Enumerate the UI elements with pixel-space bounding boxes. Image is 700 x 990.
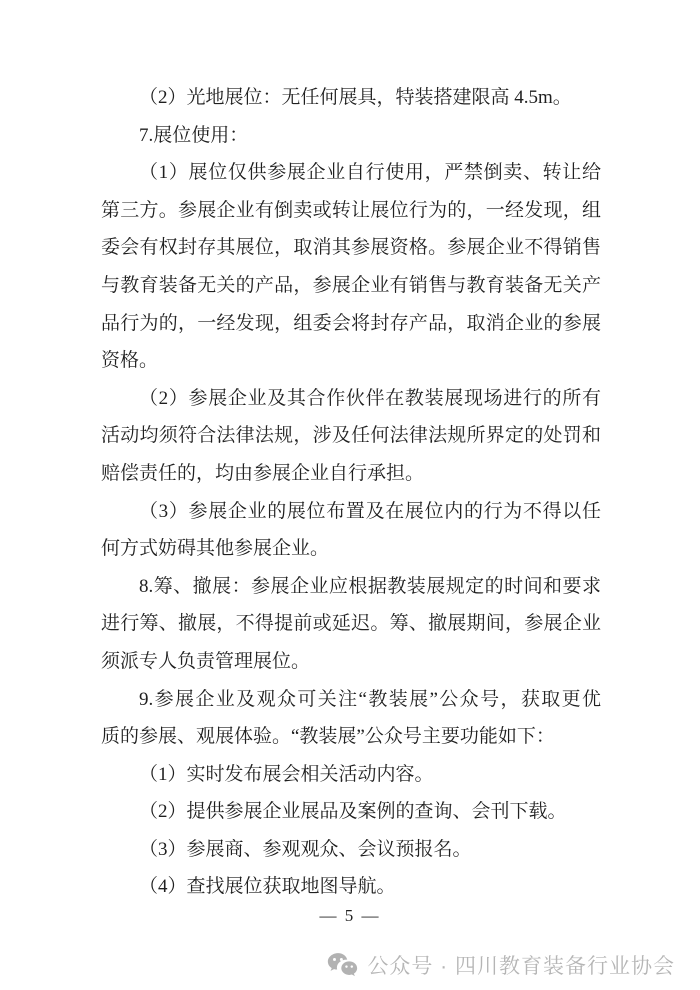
text-line: （2）光地展位：无任何展具，特装搭建限高 4.5m。: [101, 79, 601, 117]
document-body: （2）光地展位：无任何展具，特装搭建限高 4.5m。 7.展位使用： （1）展位…: [101, 79, 601, 906]
watermark-footer: 公众号 · 四川教育装备行业协会: [327, 948, 675, 982]
text-line: （3）参展企业的展位布置及在展位内的行为不得以任: [101, 493, 601, 531]
text-line: 何方式妨碍其他参展企业。: [101, 530, 601, 568]
text-line: 与教育装备无关的产品，参展企业有销售与教育装备无关产: [101, 267, 601, 305]
text-line: （2）参展企业及其合作伙伴在教装展现场进行的所有: [101, 380, 601, 418]
text-line: 质的参展、观展体验。“教装展”公众号主要功能如下：: [101, 718, 601, 756]
text-line: 委会有权封存其展位，取消其参展资格。参展企业不得销售: [101, 229, 601, 267]
text-line: （1）实时发布展会相关活动内容。: [101, 756, 601, 794]
text-line: （2）提供参展企业展品及案例的查询、会刊下载。: [101, 793, 601, 831]
text-line: 9.参展企业及观众可关注“教装展”公众号，获取更优: [101, 681, 601, 719]
text-line: 8.筹、撤展：参展企业应根据教装展规定的时间和要求: [101, 568, 601, 606]
footer-watermark-label: 公众号 · 四川教育装备行业协会: [367, 950, 675, 980]
wechat-icon: [327, 952, 358, 979]
text-line: 进行筹、撤展，不得提前或延迟。筹、撤展期间，参展企业: [101, 605, 601, 643]
page-number: — 5 —: [0, 906, 700, 926]
document-page: （2）光地展位：无任何展具，特装搭建限高 4.5m。 7.展位使用： （1）展位…: [0, 0, 700, 990]
text-line: 资格。: [101, 342, 601, 380]
text-line: 7.展位使用：: [101, 117, 601, 155]
text-line: 活动均须符合法律法规，涉及任何法律法规所界定的处罚和: [101, 417, 601, 455]
text-line: （1）展位仅供参展企业自行使用，严禁倒卖、转让给: [101, 154, 601, 192]
text-line: （3）参展商、参观观众、会议预报名。: [101, 831, 601, 869]
text-line: （4）查找展位获取地图导航。: [101, 868, 601, 906]
text-line: 品行为的，一经发现，组委会将封存产品，取消企业的参展: [101, 305, 601, 343]
text-line: 须派专人负责管理展位。: [101, 643, 601, 681]
text-line: 赔偿责任的，均由参展企业自行承担。: [101, 455, 601, 493]
text-line: 第三方。参展企业有倒卖或转让展位行为的，一经发现，组: [101, 192, 601, 230]
